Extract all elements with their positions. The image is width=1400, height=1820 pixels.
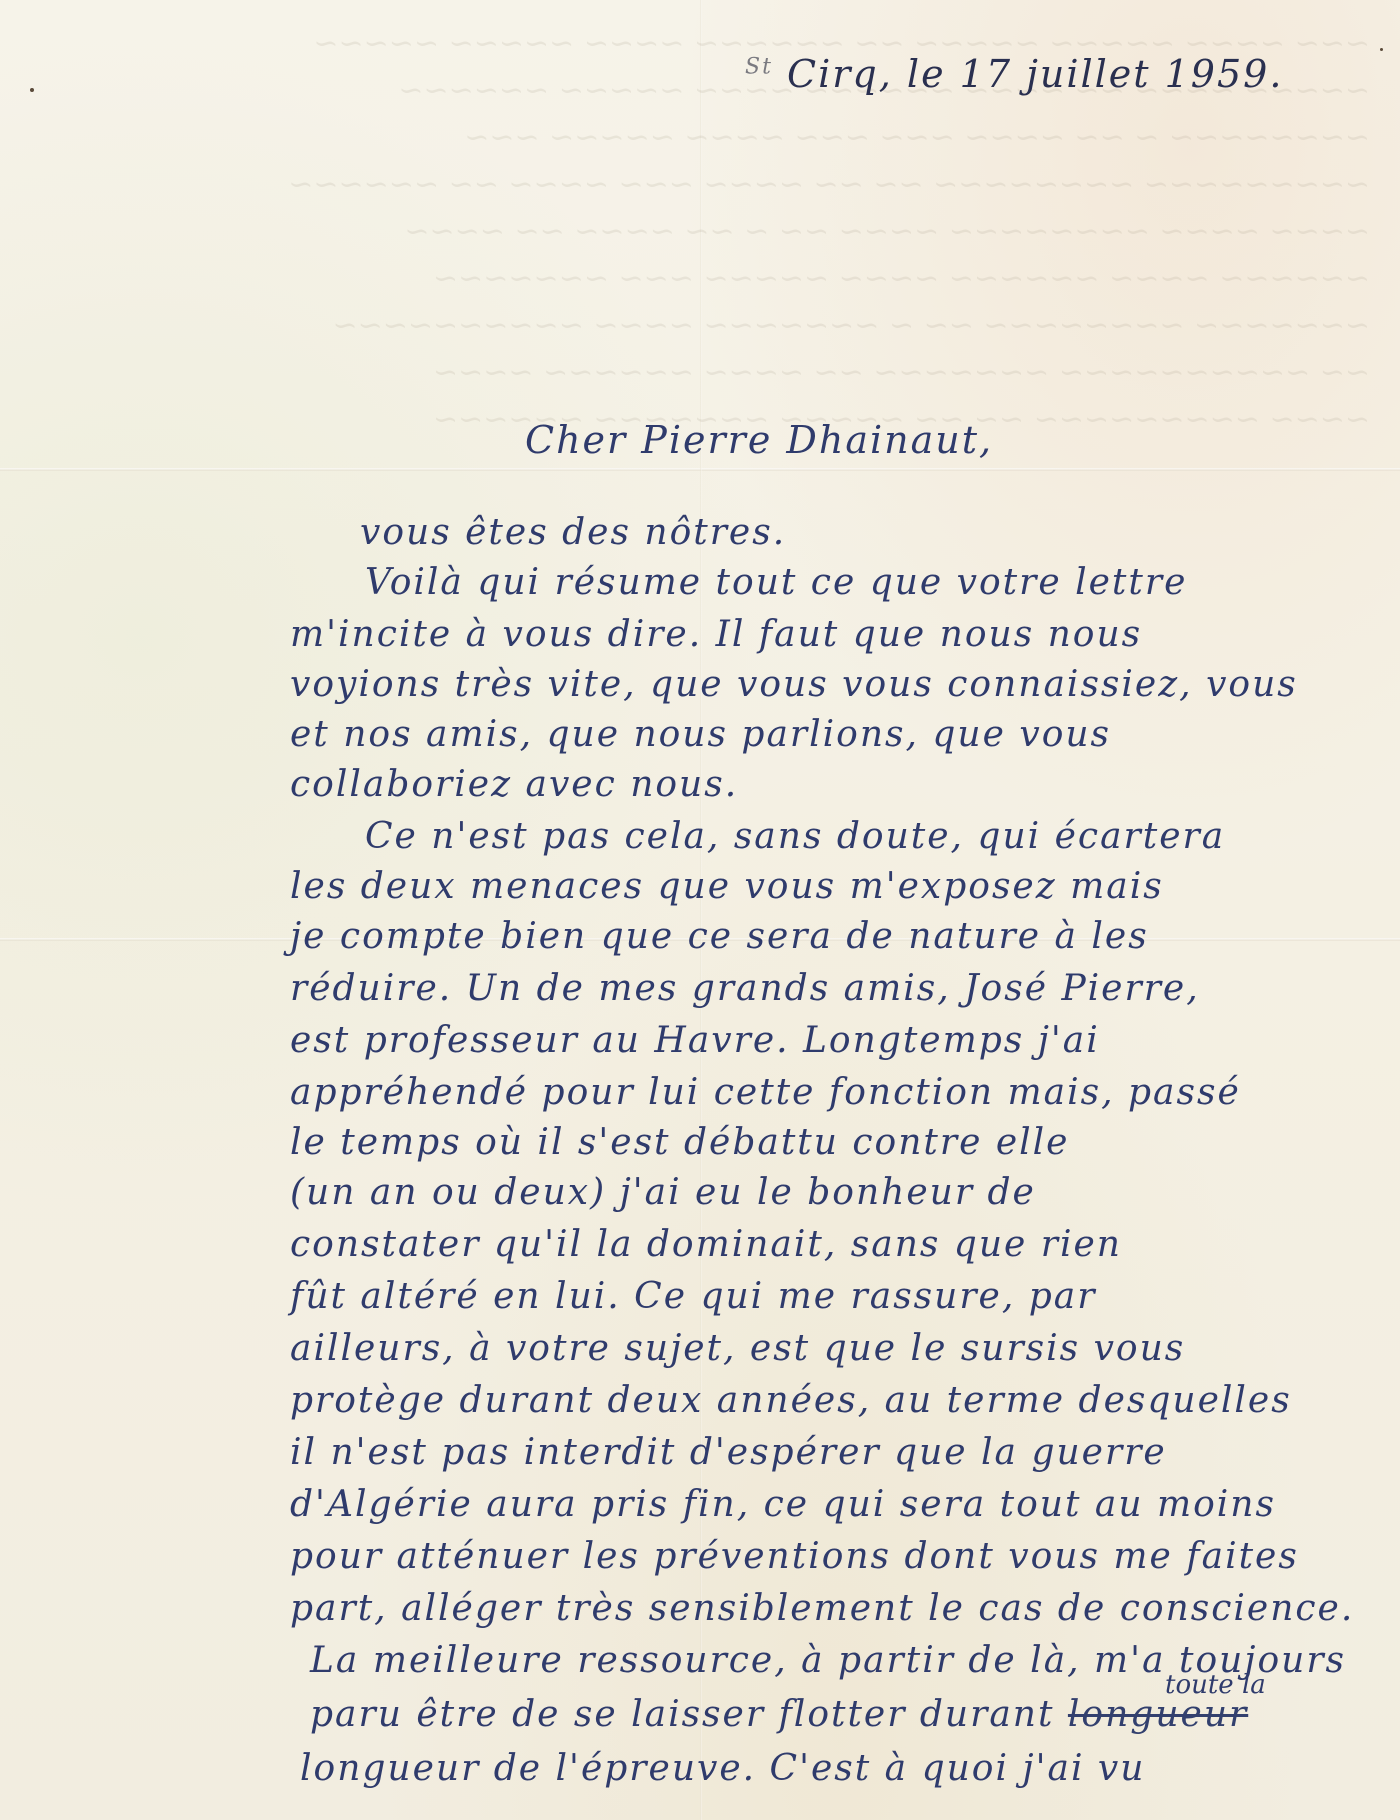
- letter-line: le temps où il s'est débattu contre elle: [290, 1122, 1069, 1163]
- letter-line: réduire. Un de mes grands amis, José Pie…: [290, 968, 1200, 1009]
- letter-line: est professeur au Havre. Longtemps j'ai: [290, 1020, 1100, 1061]
- letter-line-with-correction: paru être de se laisser flotter durant l…: [310, 1694, 1248, 1735]
- struck-word: longueur: [1068, 1694, 1248, 1735]
- letter-line: protège durant deux années, au terme des…: [290, 1380, 1292, 1421]
- letter-page: ~~~ ~~~~ ~~~~~ ~~~~~ ~~ ~~~~~~ ~~~~ ~~~~…: [0, 0, 1400, 1820]
- letter-line: d'Algérie aura pris fin, ce qui sera tou…: [290, 1484, 1276, 1525]
- place-name: Cirq,: [787, 52, 893, 96]
- letter-line: ailleurs, à votre sujet, est que le surs…: [290, 1328, 1185, 1369]
- letter-line: vous êtes des nôtres.: [360, 512, 786, 553]
- paper-speck: [30, 88, 34, 92]
- letter-line: je compte bien que ce sera de nature à l…: [290, 916, 1149, 957]
- letter-line: il n'est pas interdit d'espérer que la g…: [290, 1432, 1167, 1473]
- date-text: le 17 juillet 1959.: [907, 52, 1284, 96]
- letter-line: (un an ou deux) j'ai eu le bonheur de: [290, 1172, 1036, 1213]
- salutation: Cher Pierre Dhainaut,: [525, 418, 993, 462]
- place-prefix: St: [745, 54, 773, 79]
- letter-line: part, alléger très sensiblement le cas d…: [290, 1588, 1354, 1629]
- letter-line: longueur de l'épreuve. C'est à quoi j'ai…: [300, 1748, 1145, 1789]
- paper-speck: [1380, 48, 1383, 51]
- letter-line: les deux menaces que vous m'exposez mais: [290, 866, 1164, 907]
- letter-line-text: paru être de se laisser flotter durant: [310, 1694, 1054, 1735]
- letter-line: Voilà qui résume tout ce que votre lettr…: [365, 562, 1187, 603]
- letter-line: Ce n'est pas cela, sans doute, qui écart…: [365, 816, 1225, 857]
- letter-line: m'incite à vous dire. Il faut que nous n…: [290, 614, 1142, 655]
- letter-line: fût altéré en lui. Ce qui me rassure, pa…: [290, 1276, 1096, 1317]
- letter-date: St Cirq, le 17 juillet 1959.: [745, 52, 1283, 96]
- letter-line: appréhendé pour lui cette fonction mais,…: [290, 1072, 1241, 1113]
- letter-line: collaboriez avec nous.: [290, 764, 738, 805]
- letter-line: constater qu'il la dominait, sans que ri…: [290, 1224, 1122, 1265]
- letter-line: voyions très vite, que vous vous connais…: [290, 664, 1298, 705]
- letter-line: pour atténuer les préventions dont vous …: [290, 1536, 1299, 1577]
- letter-line: et nos amis, que nous parlions, que vous: [290, 714, 1111, 755]
